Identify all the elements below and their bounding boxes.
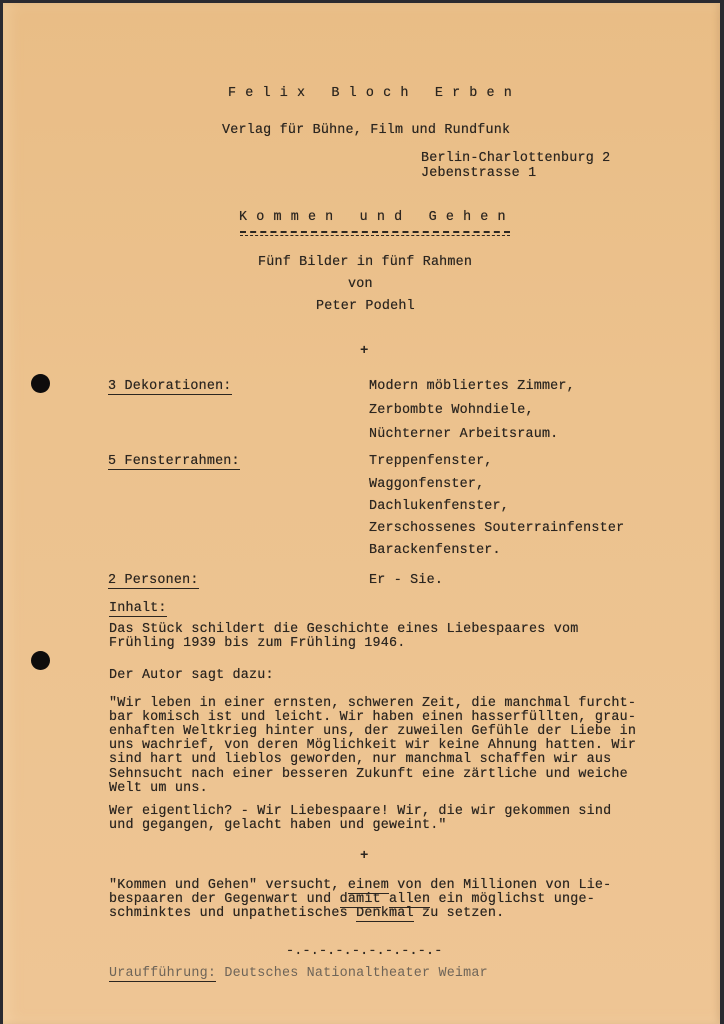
title-double-underline — [240, 231, 510, 236]
quote-line: enhaften Weltkrieg hinter uns, der zuwei… — [109, 724, 636, 739]
typewritten-page: Felix Bloch Erben Verlag für Bühne, Film… — [3, 3, 720, 1024]
address-line-2: Jebenstrasse 1 — [421, 166, 536, 181]
window-frame-item: Treppenfenster, — [369, 454, 493, 469]
window-frame-item: Dachlukenfenster, — [369, 499, 509, 514]
quote-line: und gegangen, gelacht haben und geweint.… — [109, 818, 447, 833]
dot-dash-divider: -.-.-.-.-.-.-.-.-.- — [286, 944, 442, 959]
play-title: Kommen und Gehen — [239, 210, 515, 225]
content-heading: Inhalt: — [109, 601, 167, 617]
decoration-item: Nüchterner Arbeitsraum. — [369, 427, 558, 442]
window-frame-item: Zerschossenes Souterrainfenster — [369, 521, 624, 536]
publisher-subtitle: Verlag für Bühne, Film und Rundfunk — [222, 123, 510, 138]
premiere-label: Uraufführung: — [109, 966, 216, 982]
intent-line: bespaaren der Gegenwart und damit allen … — [109, 892, 595, 907]
punch-hole-bottom — [31, 651, 50, 670]
decorations-label: 3 Dekorationen: — [108, 379, 232, 395]
address-line-1: Berlin-Charlottenburg 2 — [421, 151, 610, 166]
intent-line: "Kommen und Gehen" versucht, einem von d… — [109, 878, 611, 893]
summary-line: Frühling 1939 bis zum Frühling 1946. — [109, 636, 406, 651]
play-description: Fünf Bilder in fünf Rahmen — [258, 255, 472, 270]
intent-line: schminktes und unpathetisches Denkmal zu… — [109, 906, 504, 921]
window-frame-item: Barackenfenster. — [369, 543, 501, 558]
quote-line: bar komisch ist und leicht. Wir haben ei… — [109, 710, 636, 725]
decoration-item: Modern möbliertes Zimmer, — [369, 379, 575, 394]
play-by: von — [348, 277, 373, 292]
quote-line: Welt um uns. — [109, 781, 208, 796]
summary-line: Das Stück schildert die Geschichte eines… — [109, 622, 578, 637]
play-author: Peter Podehl — [316, 299, 415, 314]
quote-line: uns wachrief, von deren Möglichkeit wir … — [109, 738, 636, 753]
punch-hole-top — [31, 374, 50, 393]
premiere-line: Uraufführung: Deutsches Nationaltheater … — [109, 966, 488, 981]
quote-line: sind hart und lieblos geworden, nur manc… — [109, 752, 611, 767]
window-frame-item: Waggonfenster, — [369, 477, 484, 492]
decoration-item: Zerbombte Wohndiele, — [369, 403, 534, 418]
section-plus-separator: + — [360, 848, 368, 864]
premiere-value: Deutsches Nationaltheater Weimar — [224, 966, 488, 981]
author-intro: Der Autor sagt dazu: — [109, 668, 274, 683]
persons-value: Er - Sie. — [369, 573, 443, 588]
quote-line: "Wir leben in einer ernsten, schweren Ze… — [109, 696, 636, 711]
section-plus-separator: + — [360, 343, 368, 359]
persons-label: 2 Personen: — [108, 573, 199, 589]
publisher-name: Felix Bloch Erben — [228, 86, 521, 101]
quote-line: Wer eigentlich? - Wir Liebespaare! Wir, … — [109, 804, 611, 819]
quote-line: Sehnsucht nach einer besseren Zukunft ei… — [109, 767, 628, 782]
window-frames-label: 5 Fensterrahmen: — [108, 454, 240, 470]
